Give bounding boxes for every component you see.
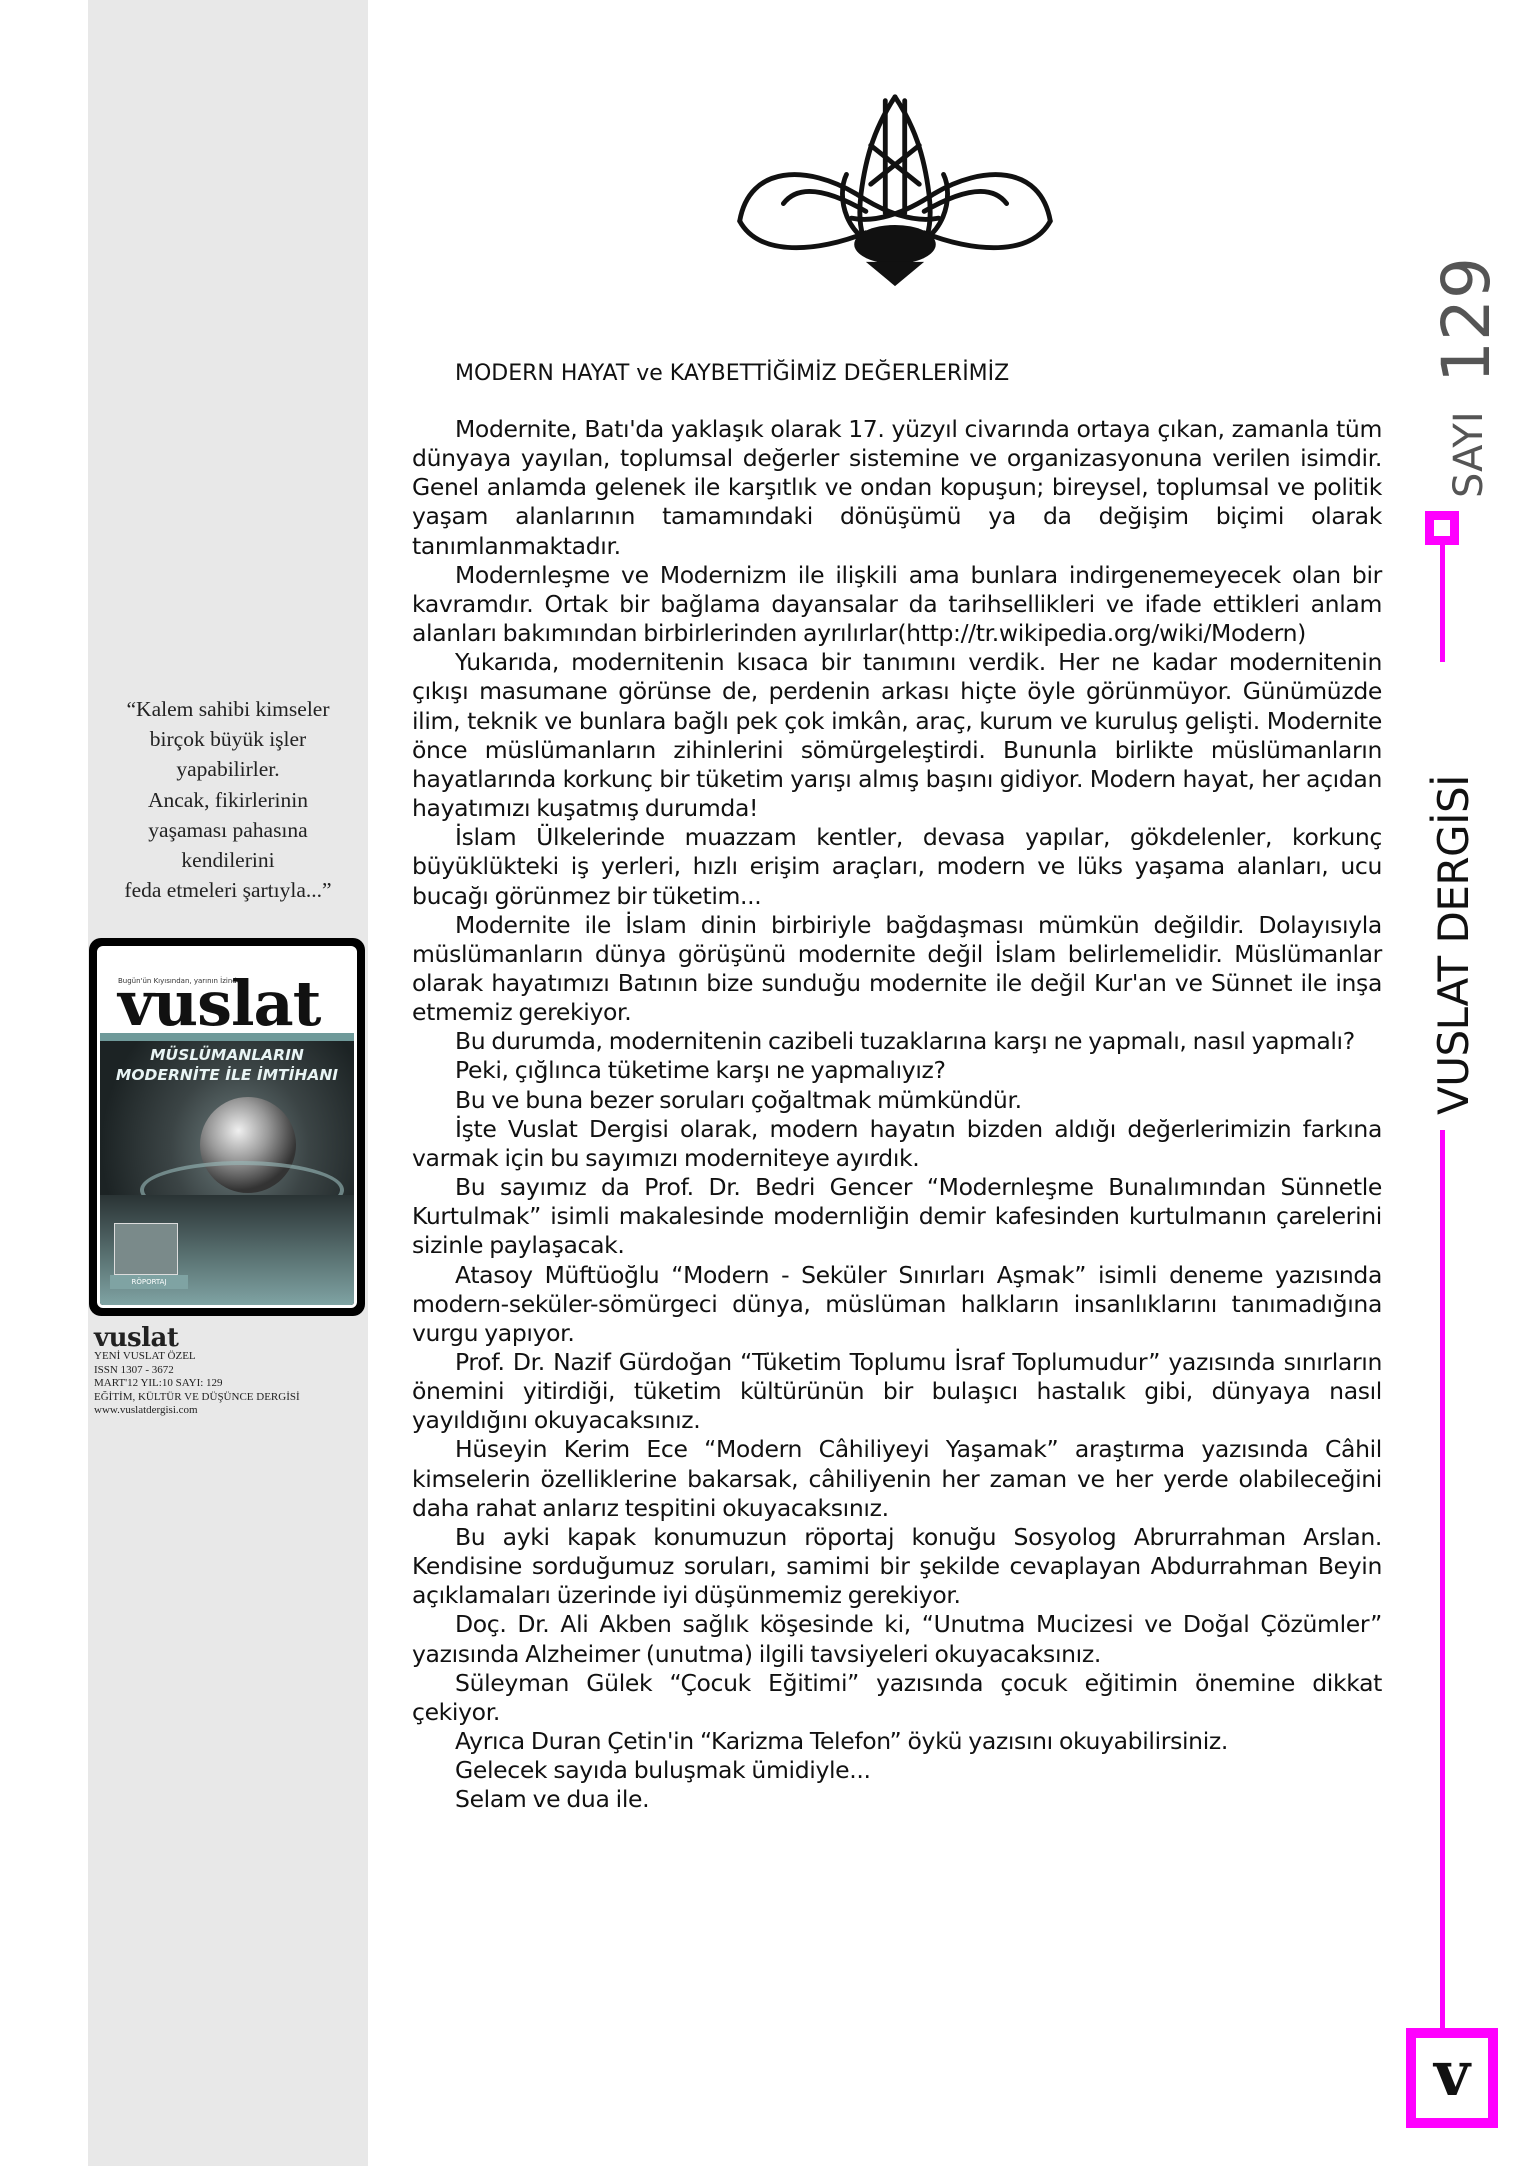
masthead-line: ISSN 1307 - 3672 xyxy=(94,1364,366,1378)
masthead-line: EĞİTİM, KÜLTÜR VE DÜŞÜNCE DERGİSİ xyxy=(94,1391,366,1405)
pull-quote: “Kalem sahibi kimseler birçok büyük işle… xyxy=(100,694,356,905)
masthead-line: YENİ VUSLAT ÖZEL xyxy=(94,1350,366,1364)
article-paragraph: Atasoy Müftüoğlu “Modern - Seküler Sınır… xyxy=(412,1261,1382,1348)
quote-line: kendilerini xyxy=(100,845,356,875)
page-marker-box: v xyxy=(1406,2028,1498,2128)
article-title: MODERN HAYAT ve KAYBETTİĞİMİZ DEĞERLERİM… xyxy=(412,359,1382,389)
article-paragraph: Bu ve buna bezer soruları çoğaltmak mümk… xyxy=(412,1086,1382,1115)
quote-line: “Kalem sahibi kimseler xyxy=(100,694,356,724)
article-paragraph: İslam Ülkelerinde muazzam kentler, devas… xyxy=(412,823,1382,910)
magazine-cover-thumbnail: Bugün'ün Kıyısından, yarının İzinde vusl… xyxy=(89,938,365,1316)
issue-number-block: 129 xyxy=(1434,258,1494,378)
article-paragraph: Modernleşme ve Modernizm ile ilişkili am… xyxy=(412,561,1382,648)
accent-rule-top xyxy=(1440,545,1445,662)
article-paragraph: Modernite ile İslam dinin birbiriyle bağ… xyxy=(412,911,1382,1028)
masthead-website: www.vuslatdergisi.com xyxy=(94,1404,366,1418)
editorial-article: MODERN HAYAT ve KAYBETTİĞİMİZ DEĞERLERİM… xyxy=(412,359,1382,1815)
calligraphy-ornament-icon xyxy=(730,84,1060,296)
article-paragraph: Peki, çığlınca tüketime karşı ne yapmalı… xyxy=(412,1056,1382,1085)
masthead-line: MART'12 YIL:10 SAYI: 129 xyxy=(94,1377,366,1391)
article-paragraph: Bu durumda, modernitenin cazibeli tuzakl… xyxy=(412,1027,1382,1056)
article-paragraph: Bu ayki kapak konumuzun röportaj konuğu … xyxy=(412,1523,1382,1610)
interview-photo xyxy=(114,1223,178,1275)
accent-square-marker xyxy=(1425,511,1459,545)
cover-logo: vuslat xyxy=(118,973,320,1035)
quote-line: birçok büyük işler xyxy=(100,724,356,754)
article-paragraph: Modernite, Batı'da yaklaşık olarak 17. y… xyxy=(412,415,1382,561)
quote-line: feda etmeleri şartıyla...” xyxy=(100,875,356,905)
cover-headline: MÜSLÜMANLARIN MODERNİTE İLE İMTİHANI xyxy=(100,1045,354,1085)
highway-ring-image xyxy=(140,1161,344,1219)
article-paragraph: İşte Vuslat Dergisi olarak, modern hayat… xyxy=(412,1115,1382,1173)
cover-band xyxy=(100,1033,354,1041)
cover-photo: MÜSLÜMANLARIN MODERNİTE İLE İMTİHANI RÖP… xyxy=(100,1041,354,1305)
article-paragraph: Doç. Dr. Ali Akben sağlık köşesinde ki, … xyxy=(412,1610,1382,1668)
accent-rule-bottom xyxy=(1440,1130,1445,2030)
reportaj-label: RÖPORTAJ xyxy=(110,1275,188,1289)
article-paragraph: Süleyman Gülek “Çocuk Eğitimi” yazısında… xyxy=(412,1669,1382,1727)
quote-line: Ancak, fikirlerinin xyxy=(100,785,356,815)
article-paragraph: Yukarıda, modernitenin kısaca bir tanımı… xyxy=(412,648,1382,823)
article-paragraph: Selam ve dua ile. xyxy=(412,1785,1382,1814)
magazine-brand-vertical: VUSLAT DERGİSİ xyxy=(1433,775,1475,1115)
article-paragraph: Prof. Dr. Nazif Gürdoğan “Tüketim Toplum… xyxy=(412,1348,1382,1435)
article-paragraph: Ayrıca Duran Çetin'in “Karizma Telefon” … xyxy=(412,1727,1382,1756)
issue-number: 129 xyxy=(1434,257,1500,383)
page-marker: v xyxy=(1434,2037,1470,2110)
issue-label: SAYI xyxy=(1449,411,1489,498)
article-paragraph: Hüseyin Kerim Ece “Modern Câhiliyeyi Yaş… xyxy=(412,1435,1382,1522)
masthead-logo: vuslat xyxy=(94,1326,366,1350)
article-paragraph: Gelecek sayıda buluşmak ümidiyle... xyxy=(412,1756,1382,1785)
quote-line: yaşaması pahasına xyxy=(100,815,356,845)
masthead: vuslat YENİ VUSLAT ÖZEL ISSN 1307 - 3672… xyxy=(94,1326,366,1418)
quote-line: yapabilirler. xyxy=(100,754,356,784)
article-paragraph: Bu sayımız da Prof. Dr. Bedri Gencer “Mo… xyxy=(412,1173,1382,1260)
